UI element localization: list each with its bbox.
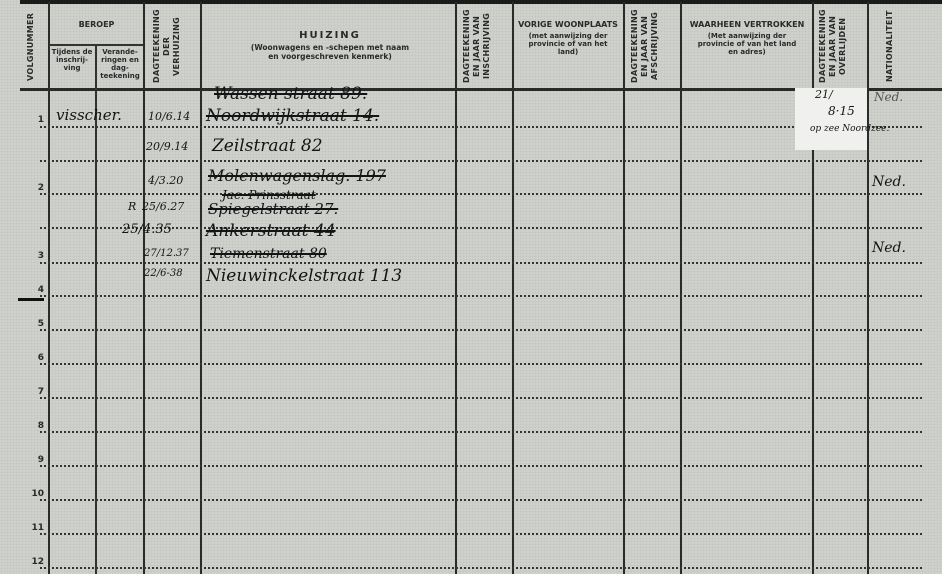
header-dagteekening-afschrijving: DAGTEEKENING EN JAAR VAN AFSCHRIJVING [630,6,674,86]
row-number: 6 [22,353,44,363]
address-entry: Nieuwinckelstraat 113 [206,266,402,286]
header-waarheen-vertrokken: WAARHEEN VERTROKKEN (Met aanwijzing der … [684,20,810,56]
row-number: 4 [22,285,44,295]
header-dagteekening-overlijden: DAGTEEKENING EN JAAR VAN OVERLIJDEN [818,6,862,86]
row-line [40,567,922,569]
column-divider [512,2,514,574]
move-date: 25/4.35 [122,222,172,237]
column-divider [200,2,202,574]
header-beroep-veranderingen: Verande-ringen en dag-teekening [97,48,143,80]
address-entry: Wassen straat 89. [214,84,367,104]
move-date: 4/3.20 [148,174,183,187]
vorige-title: VORIGE WOONPLAATS [515,20,621,29]
row-line [40,295,922,297]
row-number: 9 [22,455,44,465]
row-line [40,160,922,162]
row-number: 11 [22,523,44,533]
header-dagteekening-inschrijving: DAGTEEKENING EN JAAR VAN INSCHRIJVING [462,6,506,86]
overlijden-date: 21/ [815,88,833,101]
row-number: 5 [22,319,44,329]
row-number: 1 [22,115,44,125]
move-date: 22/6-38 [144,268,183,279]
move-date: 27/12.37 [144,248,189,259]
vorige-subtitle: (met aanwijzing der provincie of van het… [515,29,621,56]
move-date: 20/9.14 [146,140,188,153]
nationaliteit-entry: Ned. [872,174,906,190]
address-entry: Spiegelstraat 27. [208,200,338,218]
header-beroep-inschrijving: Tijdens de inschrij-ving [50,48,94,72]
header-beroep: BEROEP [50,20,143,29]
column-divider [455,2,457,574]
row-line [40,126,922,128]
huizing-subtitle: (Woonwagens en -schepen met naam en voor… [210,41,450,61]
beroep-entry: visscher. [56,106,122,124]
move-date: 25/6.27 [142,200,184,213]
address-entry: Zeilstraat 82 [212,136,323,156]
top-border [20,0,942,4]
row-line [40,329,922,331]
waarheen-subtitle: (Met aanwijzing der provincie of van het… [684,29,810,56]
row-line [40,431,922,433]
header-volgnummer: VOLGNUMMER [26,8,44,86]
column-divider [680,2,682,574]
row-line [40,397,922,399]
row-line [40,262,922,264]
column-divider [623,2,625,574]
nationaliteit-entry: Ned. [872,240,906,256]
address-entry: Molenwagenslag. 197 [208,166,386,185]
row-line [40,193,922,195]
row-line [40,533,922,535]
move-date: 10/6.14 [148,110,190,123]
header-huizing: HUIZING (Woonwagens en -schepen met naam… [210,30,450,61]
huizing-title: HUIZING [210,30,450,41]
header-dagteekening-verhuizing: DAGTEEKENING DER VERHUIZING [152,6,192,86]
row-number: 2 [22,183,44,193]
overlijden-date: 8·15 [828,104,855,118]
address-entry: Noordwijkstraat 14. [206,106,379,126]
header-vorige-woonplaats: VORIGE WOONPLAATS (met aanwijzing der pr… [515,20,621,56]
row-number: 12 [22,557,44,567]
row-number: 7 [22,387,44,397]
nationaliteit-entry: Ned. [874,90,903,104]
row-number: 3 [22,251,44,261]
row-line [40,465,922,467]
move-date-prefix: R [128,200,136,213]
header-nationaliteit: NATIONALITEIT [885,6,905,86]
row-line [40,227,922,229]
row-4-marker [18,298,44,301]
row-number: 10 [22,489,44,499]
waarheen-title: WAARHEEN VERTROKKEN [684,20,810,29]
row-number: 8 [22,421,44,431]
column-divider [143,2,145,574]
address-entry: Tiemenstraat 80 [210,246,327,262]
beroep-header-divider [49,44,143,46]
overlijden-place: op zee Noordzee. [810,124,889,134]
address-entry: Ankerstraat 44 [206,221,336,241]
row-line [40,499,922,501]
column-divider [48,2,50,574]
column-divider [867,2,869,574]
population-register-card: VOLGNUMMER BEROEP Tijdens de inschrij-vi… [0,0,942,574]
row-line [40,363,922,365]
